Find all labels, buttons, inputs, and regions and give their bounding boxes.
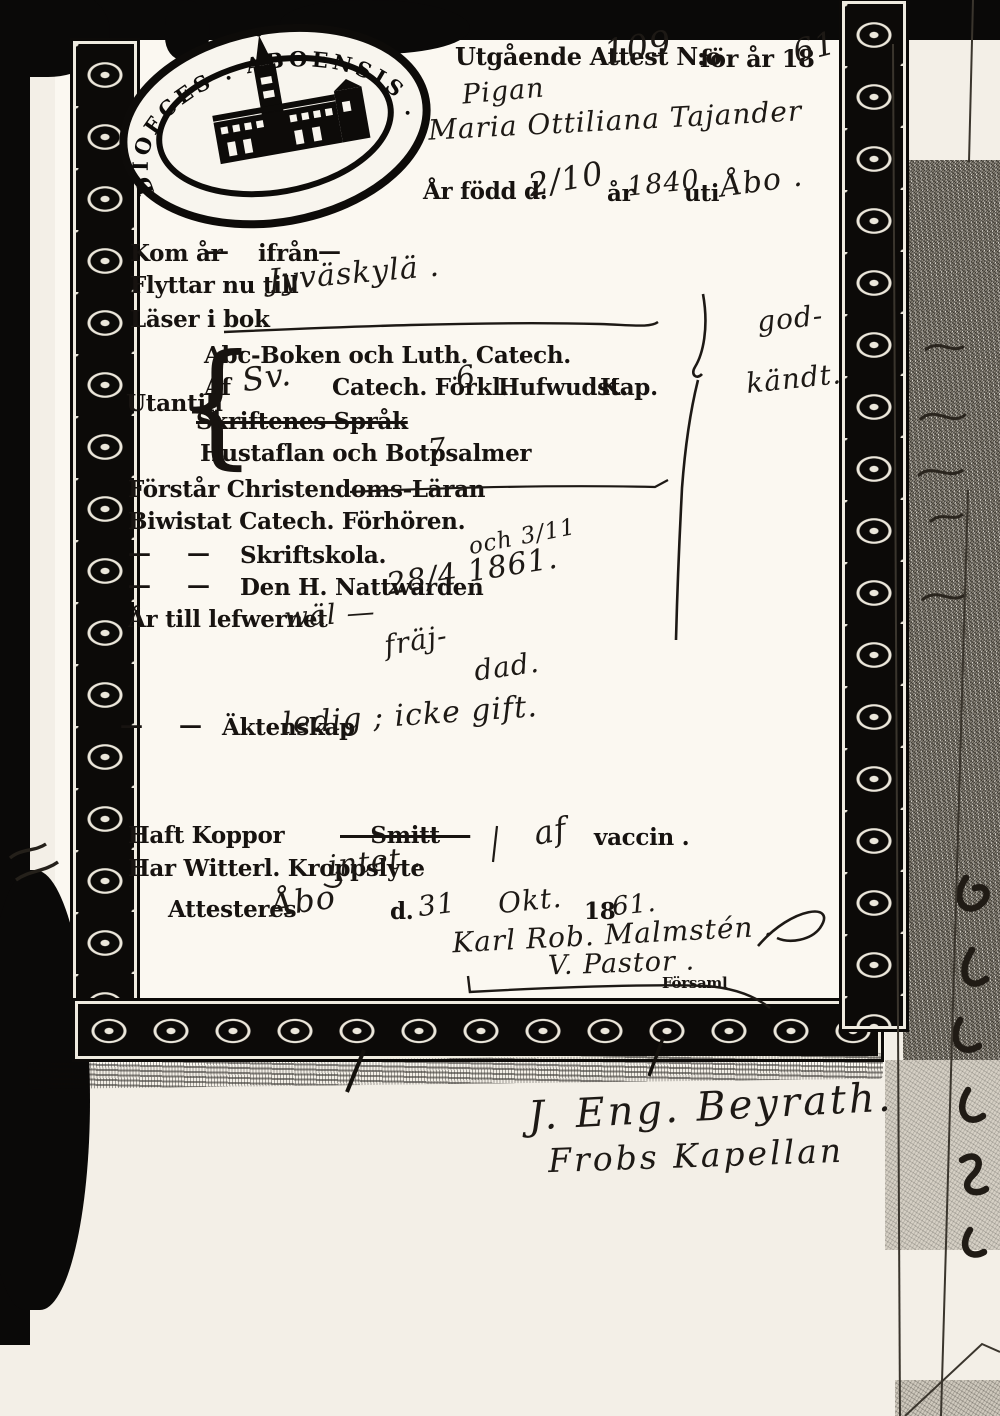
utantill-item2-catech: Catech. Förkl. [332,374,508,401]
af-hw: af [531,809,570,852]
grade-line1: god- [755,299,824,339]
footer-signature-title: Frobs Kapellan [547,1131,844,1180]
koppor-label: Haft Koppor [128,822,284,849]
skriftskola-label: Skriftskola. [240,542,386,569]
skriftskola-dashes: — — [128,540,224,567]
attest-d-label: d. [390,898,414,925]
attest-document: DIOECES . ABOENSIS . MAGN: PRINC: FINL . [0,0,1000,1416]
vaccin-label: vaccin . [594,824,689,851]
scan-noise-right [903,160,1000,1060]
birth-in-label: uti [684,180,719,207]
biwistat-label: Biwistat Catech. Förhören. [128,508,465,535]
utantill-item4-num: 7 [426,431,448,466]
scan-noise-right-lower [885,1060,1000,1250]
kom-ar-dash: — [206,238,229,265]
ornament-border-bottom [78,1004,878,1056]
nattwarden-dashes: — — [128,572,224,599]
forstar-label: Förstår Christendoms-Läran [128,476,485,503]
utantill-item2-hw: Sv. [240,355,294,400]
utantill-item2-af: Af [204,374,231,401]
utantill-item3-struck: Skriftenes Språk [196,408,408,435]
utantill-item2-kap: Kap. [600,374,658,401]
utantill-item4: Hustaflan och Botpsalmer [200,440,531,467]
attest-title: Utgående Attest N:o [455,42,721,71]
attest-day: 31 [416,886,457,923]
aktenskap-dashes: — — [120,712,216,739]
footer-signature-name: J. Eng. Beyrath. [527,1074,894,1139]
scan-noise-bottom-corner [895,1380,1000,1416]
ornament-border-right [845,4,903,1026]
forsaml-label: Församl [662,974,727,992]
attest-month: Okt. [496,881,563,921]
lefwernet-hw1: wäl — [283,595,377,634]
